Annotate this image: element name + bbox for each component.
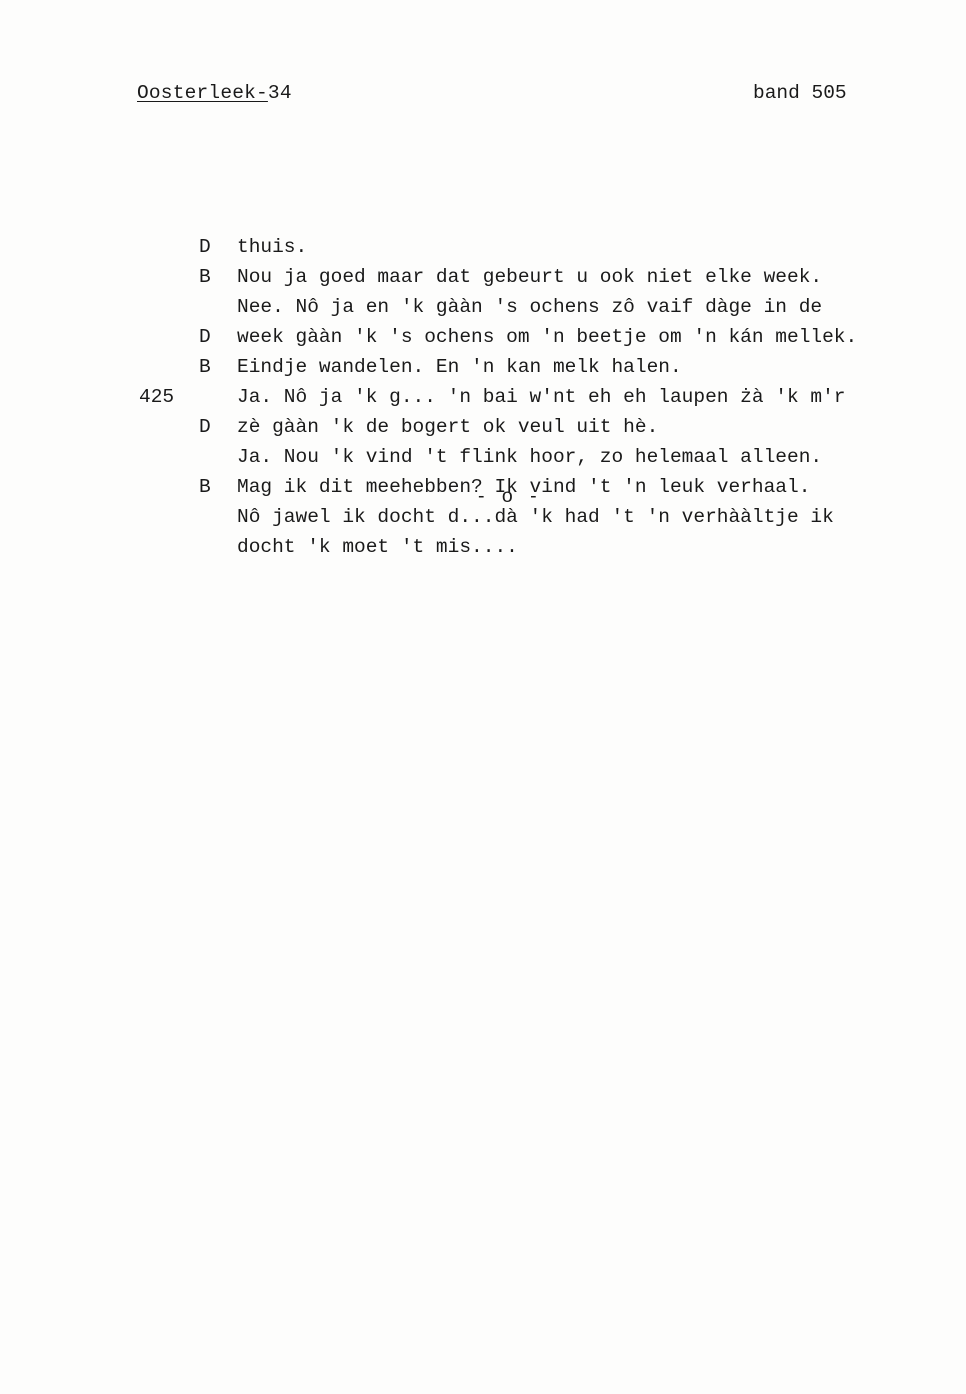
transcript-line: 425 D Ja. Nou 'k vind 't flink hoor, zo … [0, 352, 966, 382]
transcript-line: Mag ik dit meehebben? Ik vind 't 'n leuk… [0, 382, 966, 412]
transcript-line: thuis. [0, 142, 966, 172]
utterance-text: docht 'k moet 't mis.... [237, 532, 518, 562]
document-title: Oosterleek-34 [137, 82, 292, 104]
transcript-line: zè gààn 'k de bogert ok veul uit hè. [0, 322, 966, 352]
transcript-line: B Nee. Nô ja en 'k gààn 's ochens zô vai… [0, 202, 966, 232]
transcript-line: B Ja. Nô ja 'k g... 'n bai w'nt eh eh la… [0, 292, 966, 322]
location-name: Oosterleek- [137, 82, 268, 104]
end-mark: - o - [478, 485, 543, 508]
transcript-line: D Eindje wandelen. En 'n kan melk halen. [0, 262, 966, 292]
transcript: thuis. D Nou ja goed maar dat gebeurt u … [0, 142, 966, 472]
document-page: Oosterleek-34 band 505 thuis. D Nou ja g… [0, 0, 966, 1394]
location-number: 34 [268, 82, 292, 104]
band-label: band 505 [753, 82, 847, 104]
transcript-line: D Nou ja goed maar dat gebeurt u ook nie… [0, 172, 966, 202]
speaker-label: B [199, 472, 219, 502]
transcript-line: docht 'k moet 't mis.... [0, 442, 966, 472]
transcript-line: week gààn 'k 's ochens om 'n beetje om '… [0, 232, 966, 262]
transcript-line: B Nô jawel ik docht d...dà 'k had 't 'n … [0, 412, 966, 442]
